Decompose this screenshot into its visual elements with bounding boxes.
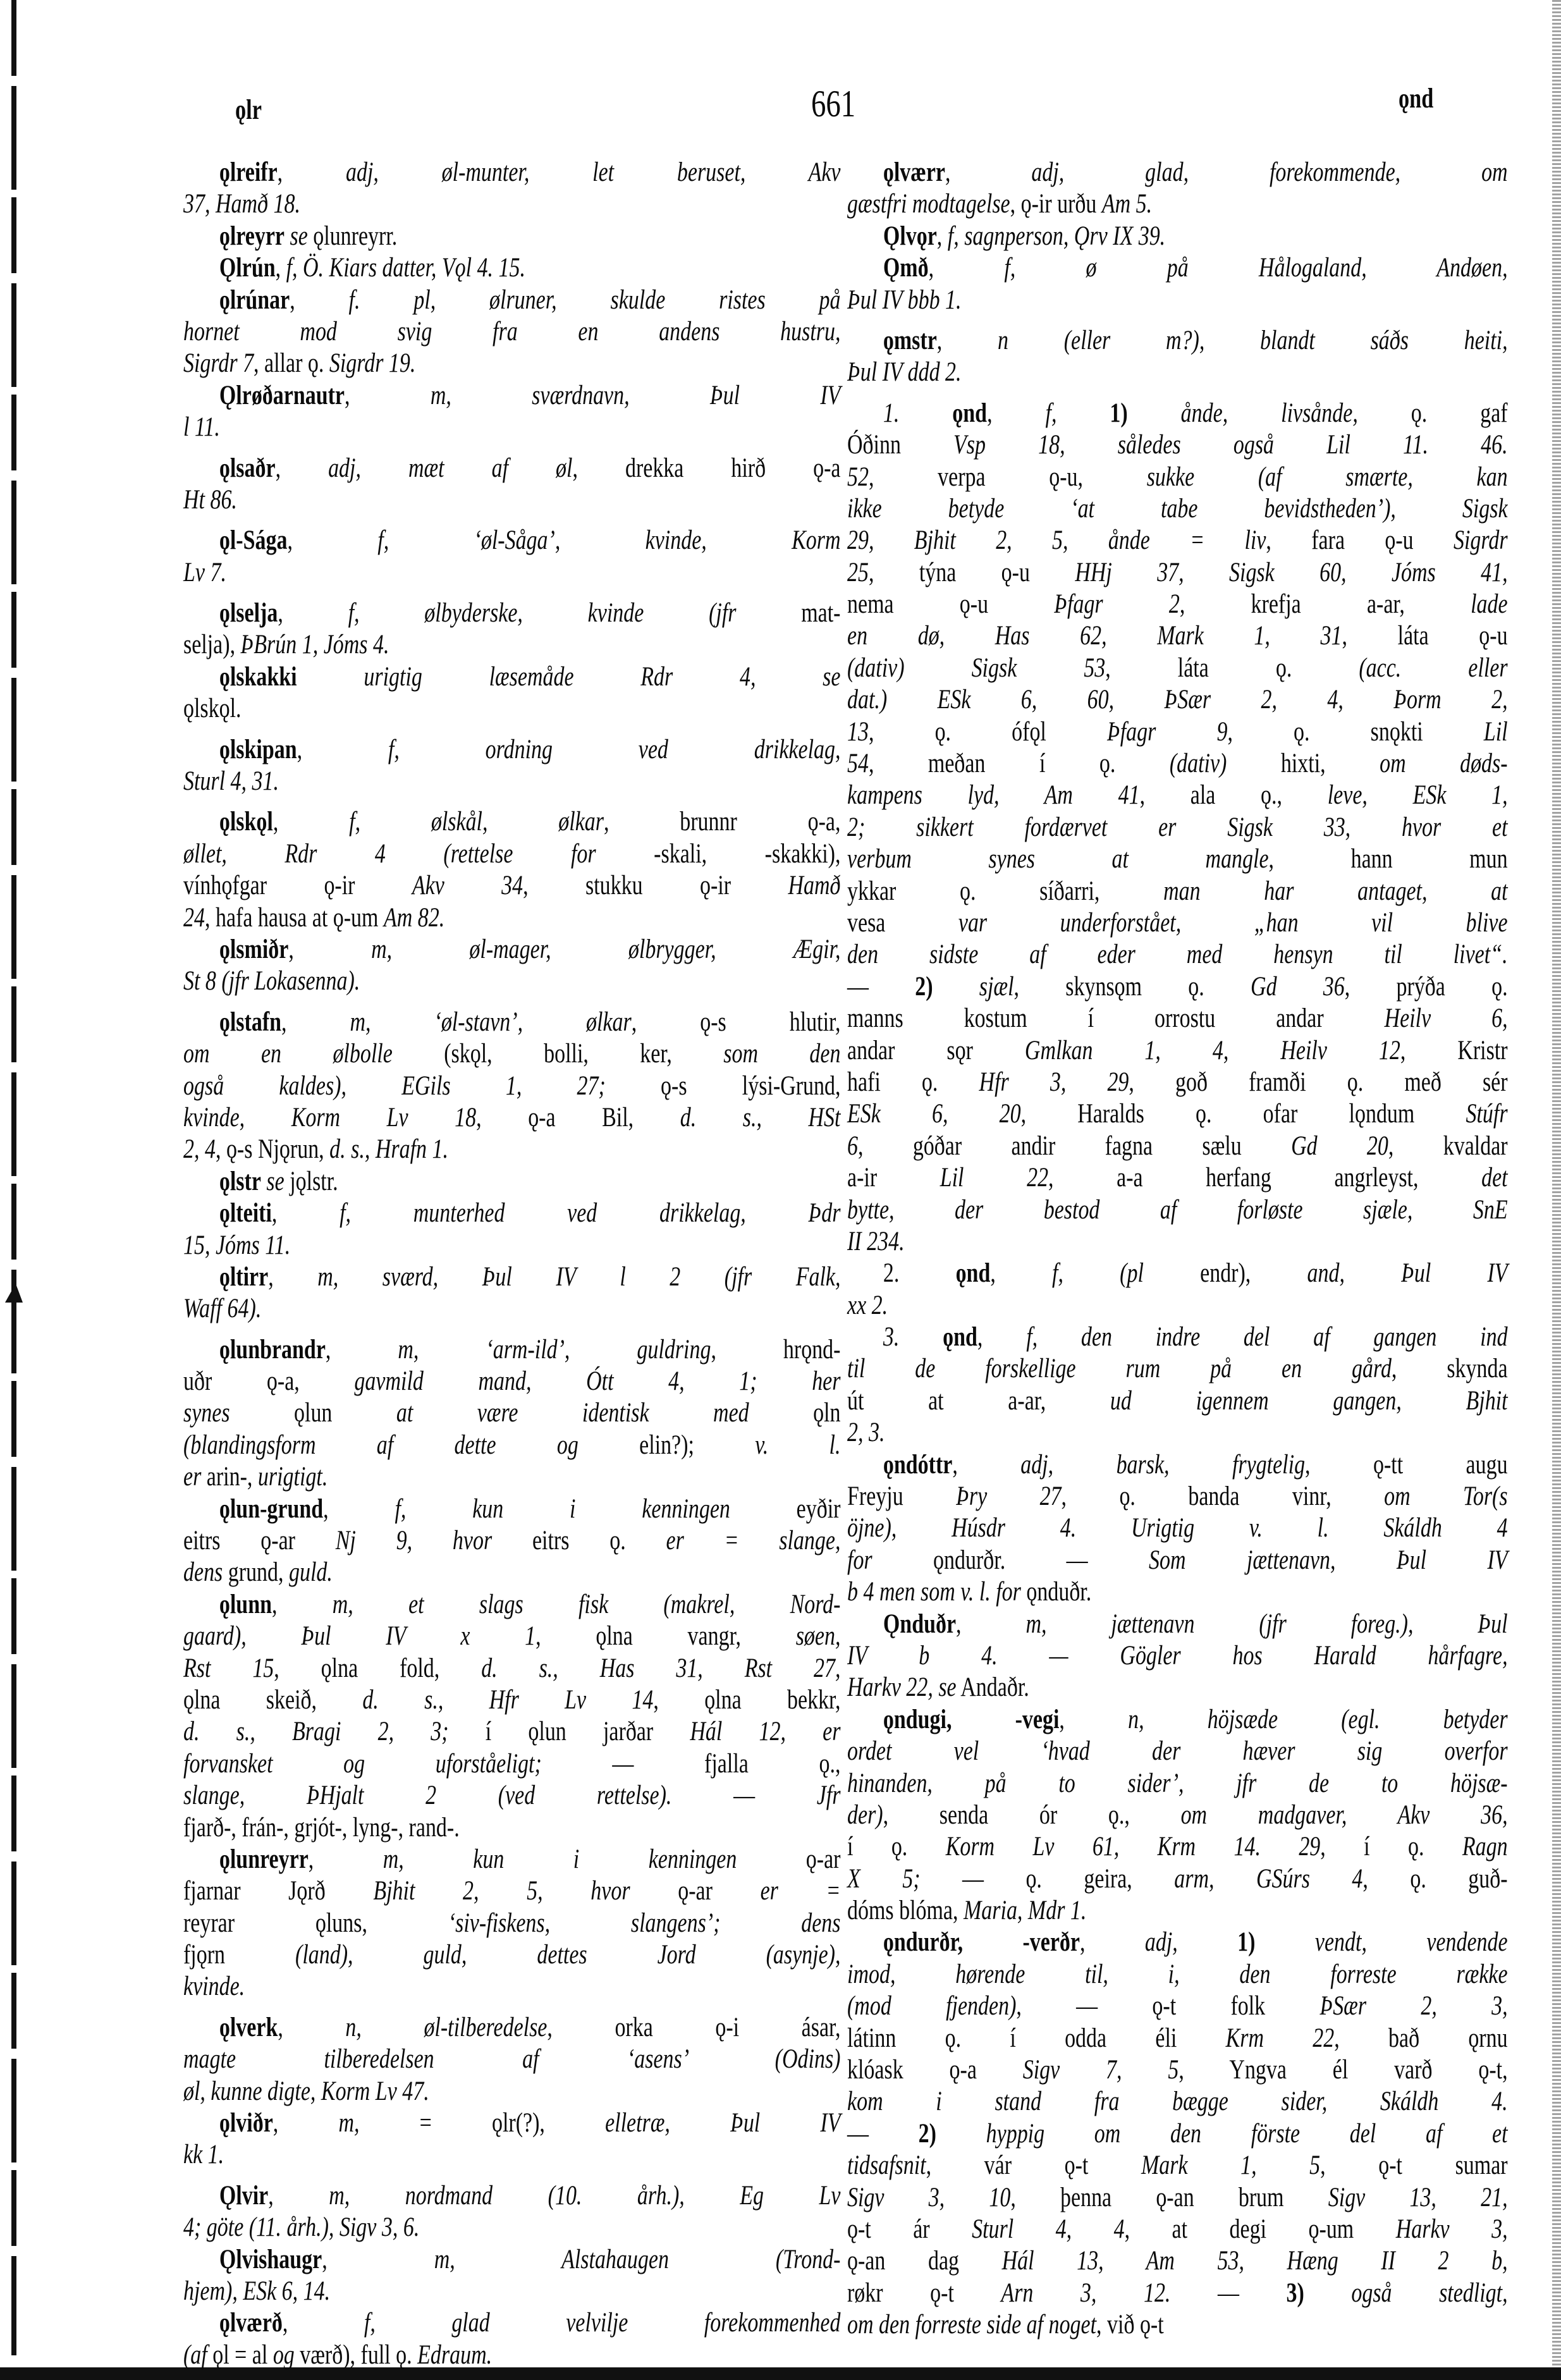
headword: ǫlsaðr — [219, 453, 276, 483]
italic-gloss: som den — [723, 1039, 840, 1069]
italic-gloss: Gd 36 — [1251, 972, 1345, 1002]
roman-text — [261, 1167, 266, 1196]
dictionary-entry: ǫlreyrr se ǫlunreyrr. — [183, 221, 840, 252]
entry-continuation-line: om en ølbolle (skǫl, bolli, ker, som den — [183, 1038, 840, 1070]
roman-text: út at a-ar, — [847, 1386, 1110, 1416]
italic-gloss: Hál 12, er — [690, 1717, 840, 1746]
italic-gloss: kvinde. — [183, 1972, 245, 2001]
headword: Ǫlvǫr — [883, 221, 937, 251]
headword: ǫlstr — [219, 1167, 261, 1196]
headword: Ǫnduðr — [883, 1609, 956, 1639]
headword: ǫlselja — [219, 598, 278, 628]
entry-first-line: ǫlreyrr se ǫlunreyrr. — [183, 221, 840, 252]
roman-text: , meðan í ǫ. — [869, 749, 1170, 778]
roman-text: dóms blóma, — [847, 1896, 964, 1925]
entry-continuation-line: selja), ÞBrún 1, Jóms 4. — [183, 629, 840, 661]
roman-text: eitrs ǫ-ar — [183, 1526, 336, 1555]
dictionary-entry: ǫmstr, n (eller m?), blandt sáðs heiti,Þ… — [847, 325, 1508, 389]
italic-gloss: bytte, der bestod af forløste sjæle, SnE — [847, 1195, 1508, 1225]
dictionary-entry: ǫlunbrandr, m, ‘arm-ild’, guldring, hrǫn… — [183, 1334, 840, 1494]
dictionary-entry: ǫlrúnar, f. pl, ølruner, skulde ristes p… — [183, 285, 840, 380]
italic-gloss: Arn 3, 12. — [1001, 2278, 1170, 2308]
italic-gloss: Ragn — [1462, 1832, 1508, 1862]
entry-continuation-line: Ht 86. — [183, 484, 840, 516]
italic-gloss: 29, Bjhit 2, 5, ånde = liv — [847, 525, 1266, 555]
entry-continuation-line: 52, verpa ǫ-u, sukke (af smærte, kan — [847, 462, 1508, 493]
roman-text: ykkar ǫ. síðarri, — [847, 876, 1163, 906]
entry-continuation-line: klóask ǫ-a Sigv 7, 5, Yngva él varð ǫ-t, — [847, 2054, 1508, 2086]
entry-continuation-line: kom i stand fra bægge sider, Skáldh 4. — [847, 2086, 1508, 2118]
headword: ǫlunn — [219, 1590, 272, 1619]
roman-text: — fjalla ǫ., — [542, 1749, 841, 1779]
headword: ǫlskipan — [219, 735, 297, 764]
italic-gloss: d. s., Has 31, Rst 27, — [481, 1653, 840, 1683]
italic-gloss: tidsafsnit — [847, 2150, 926, 2180]
italic-gloss: for — [847, 1545, 872, 1575]
headword: ǫlrúnar — [219, 285, 290, 315]
italic-gloss: (blandingsform af dette og — [183, 1430, 578, 1460]
italic-gloss: Waff 64). — [183, 1294, 261, 1323]
italic-gloss: 3. — [883, 1322, 943, 1352]
italic-gloss: m, et slags fisk (makrel, Nord- — [333, 1590, 841, 1619]
italic-gloss: ‘siv-fiskens, slangens’; dens — [448, 1908, 841, 1938]
headword: ǫltirr — [219, 1262, 268, 1292]
roman-text: , — [309, 1844, 383, 1874]
dictionary-entry: Ǫlvǫr, f, sagnperson, Ǫrv IX 39. — [847, 221, 1508, 252]
italic-gloss: synes — [183, 1398, 230, 1428]
italic-gloss: ÞBrún 1, Jóms 4. — [241, 630, 389, 659]
italic-gloss: om en ølbolle — [183, 1039, 393, 1069]
headword: Ǫlvir — [219, 2181, 268, 2211]
entry-first-line: ǫndurðr, -verðr, adj, 1) vendt, vendende — [847, 1927, 1508, 1958]
italic-gloss: Sigv 3, 10 — [847, 2183, 1010, 2212]
italic-gloss: gaard), Þul IV x 1 — [183, 1621, 536, 1651]
dictionary-entry: Ǫmð, f, ø på Hålogaland, Andøen,Þul IV b… — [847, 252, 1508, 316]
italic-gloss: Þul IV ddd 2. — [847, 357, 962, 387]
entry-continuation-line: fjarð-, frán-, grjót-, lyng-, rand-. — [183, 1812, 840, 1844]
italic-gloss: 15, Jóms 11. — [183, 1230, 290, 1260]
roman-text: í ǫlun jarðar — [449, 1717, 690, 1746]
italic-gloss: 37, Hamð 18. — [183, 189, 300, 219]
italic-gloss: magte tilberedelsen af ‘asens’ (Odins) — [183, 2044, 840, 2074]
entry-continuation-line: imod, hørende til, i, den forreste række — [847, 1959, 1508, 1990]
italic-gloss: f, (pl — [1052, 1258, 1144, 1288]
italic-gloss: var underforstået, „han vil blive — [958, 908, 1508, 938]
entry-first-line: ǫlværð, f, glad velvilje forekommenhed — [183, 2307, 840, 2339]
entry-continuation-line: forvansket og uforståeligt; — fjalla ǫ., — [183, 1748, 840, 1780]
headword: 2) — [919, 2119, 986, 2149]
italic-gloss: St 8 (jfr Lokasenna). — [183, 966, 360, 996]
italic-gloss: hyppig om den förste del af et — [986, 2119, 1508, 2149]
roman-text: — — [847, 2119, 919, 2149]
roman-text: — ǫ. geira, — [921, 1864, 1175, 1894]
roman-text: , — [272, 1198, 340, 1228]
roman-text: endr), — [1144, 1258, 1307, 1288]
entry-continuation-line: 4; göte (11. årh.), Sigv 3, 6. — [183, 2212, 840, 2243]
italic-gloss: f, Ö. Kiars datter, Vǫl 4. 15. — [286, 253, 525, 283]
roman-text: , orka ǫ-i ásar, — [547, 2013, 840, 2042]
entry-spacing — [183, 998, 840, 1007]
italic-gloss: Som jættenavn, Þul IV — [1149, 1545, 1508, 1575]
entry-first-line: ǫmstr, n (eller m?), blandt sáðs heiti, — [847, 325, 1508, 357]
roman-text: reyrar ǫluns, — [183, 1908, 448, 1938]
italic-gloss: f, ø på Hålogaland, Andøen, — [1004, 253, 1507, 283]
entry-continuation-line: dens grund, guld. — [183, 1557, 840, 1588]
italic-gloss: adj, barsk, frygtelig — [1020, 1450, 1305, 1480]
entry-first-line: ǫlskakki urigtig læsemåde Rdr 4, se — [183, 661, 840, 693]
entry-continuation-line: 24, hafa hausa at ǫ-um Am 82. — [183, 902, 840, 934]
italic-gloss: (dativ) — [1170, 749, 1227, 778]
roman-text: (skǫl, bolli, ker, — [393, 1039, 723, 1069]
roman-text: , — [977, 1322, 1026, 1352]
entry-continuation-line: den sidste af eder med hensyn til livet“… — [847, 939, 1508, 971]
column-right: ǫlværr, adj, glad, forekommende, omgæstf… — [847, 157, 1495, 2341]
roman-text: , — [290, 285, 348, 315]
headword: ǫlværð — [219, 2308, 283, 2338]
roman-text: — — [847, 972, 915, 1002]
italic-gloss: Hamð — [788, 871, 840, 900]
roman-text: látinn ǫ. í odda éli — [847, 2023, 1226, 2053]
roman-text: , krefja a-ar, — [1180, 589, 1471, 619]
italic-gloss: Lv 7. — [183, 558, 226, 587]
roman-text: , — [276, 253, 286, 283]
entry-continuation-line: ESk 6, 20, Haralds ǫ. ofar lǫndum Stúfr — [847, 1098, 1508, 1130]
roman-text: ǫlunreyrr. — [308, 221, 398, 251]
dictionary-entry: 2. ǫnd, f, (pl endr), and, Þul IVxx 2. — [847, 1258, 1508, 1322]
italic-gloss: urigtigt. — [258, 1462, 328, 1492]
italic-gloss: d. s., HSt — [680, 1103, 841, 1132]
entry-first-line: 2. ǫnd, f, (pl endr), and, Þul IV — [847, 1258, 1508, 1289]
entry-continuation-line: eitrs ǫ-ar Nj 9, hvor eitrs ǫ. er = slan… — [183, 1525, 840, 1557]
italic-gloss: kom i stand fra bægge sider, Skáldh 4. — [847, 2087, 1508, 2116]
scan-right-edge — [1552, 0, 1561, 2380]
italic-gloss: også stedligt, — [1351, 2278, 1507, 2308]
roman-text: , við ǫ-t — [1096, 2310, 1164, 2340]
italic-gloss: guld. — [289, 1557, 333, 1587]
dictionary-entry: 1. ǫnd, f, 1) ånde, livsånde, ǫ. gafÓðin… — [847, 398, 1508, 1258]
italic-gloss: d. s., Hrafn 1. — [329, 1134, 448, 1164]
entry-continuation-line: ǫlna skeið, d. s., Hfr Lv 14, ǫlna bekkr… — [183, 1684, 840, 1716]
italic-gloss: Harkv 3, — [1396, 2214, 1508, 2244]
dictionary-entry: ǫlteiti, f, munterhed ved drikkelag, Þdr… — [183, 1198, 840, 1261]
dictionary-entry: ǫlskipan, f, ordning ved drikkelag,Sturl… — [183, 734, 840, 798]
roman-text: , — [268, 1262, 317, 1292]
entry-continuation-line: fjǫrn (land), guld, dettes Jord (asynje)… — [183, 1939, 840, 1971]
italic-gloss: n, höjsæde (egl. betyder — [1128, 1705, 1507, 1734]
dictionary-entry: ǫl-Sága, f, ‘øl-Såga’, kvinde, KormLv 7. — [183, 525, 840, 589]
italic-gloss: dens — [183, 1557, 223, 1587]
italic-gloss: om døds- — [1380, 749, 1507, 778]
roman-text: , — [945, 157, 1031, 187]
dictionary-entry: ǫlunn, m, et slags fisk (makrel, Nord-ga… — [183, 1589, 840, 1844]
entry-continuation-line: nema ǫ-u Þfagr 2, krefja a-ar, lade — [847, 589, 1508, 620]
roman-text: , — [278, 598, 348, 628]
roman-text: ǫlna skeið, — [183, 1685, 362, 1715]
entry-spacing — [183, 1325, 840, 1334]
entry-continuation-line: Óðinn Vsp 18, således også Lil 11. 46. — [847, 429, 1508, 461]
headword: ǫl-Sága — [219, 525, 288, 555]
headword: ǫndóttr — [883, 1450, 952, 1480]
italic-gloss: f, glad velvilje forekommenhed — [364, 2308, 841, 2338]
roman-text: ǫ-s lýsi-Grund, — [606, 1071, 841, 1101]
entry-continuation-line: 25, týna ǫ-u HHj 37, Sigsk 60, Jóms 41, — [847, 557, 1508, 589]
entry-continuation-line: (af ǫl = al og værð), full ǫ. Edraum. — [183, 2340, 840, 2371]
roman-text: nema ǫ-u — [847, 589, 1054, 619]
italic-gloss: verbum synes at mangle — [847, 844, 1269, 874]
italic-gloss: Mark 1, 5 — [1141, 2150, 1320, 2180]
entry-continuation-line: en dø, Has 62, Mark 1, 31, láta ǫ-u — [847, 620, 1508, 652]
italic-gloss: Sigv 7, 5 — [1023, 2055, 1179, 2085]
entry-first-line: 1. ǫnd, f, 1) ånde, livsånde, ǫ. gaf — [847, 398, 1508, 429]
dictionary-entry: Ǫlvishaugr, m, Alstahaugen (Trond-hjem),… — [183, 2244, 840, 2308]
dictionary-entry: 3. ǫnd, f, den indre del af gangen indti… — [847, 1322, 1508, 1449]
roman-text: , góðar andir fagna sælu — [858, 1131, 1291, 1161]
italic-gloss: adj, — [1145, 1927, 1178, 1957]
roman-text: , ǫ-a Bil, — [476, 1103, 680, 1132]
headword: Ǫmð — [883, 253, 929, 283]
italic-gloss: n, øl-tilberedelse — [345, 2013, 547, 2042]
roman-text: , ǫ-ir urðu — [1010, 189, 1102, 219]
roman-text: , í ǫ. — [1320, 1832, 1462, 1862]
roman-text: , — [1080, 1927, 1145, 1957]
entry-first-line: ǫlreifr, adj, øl-munter, let beruset, Ak… — [183, 157, 840, 188]
italic-gloss: om den forreste side af noget — [847, 2310, 1096, 2340]
roman-text: , — [287, 525, 377, 555]
entry-continuation-line: 13, ǫ. ófǫl Þfagr 9, ǫ. snǫkti Lil — [847, 716, 1508, 748]
entry-continuation-line: Sigv 3, 10, þenna ǫ-an brum Sigv 13, 21, — [847, 2182, 1508, 2214]
italic-gloss: sjæl — [979, 972, 1014, 1002]
column-left: ǫlreifr, adj, øl-munter, let beruset, Ak… — [183, 157, 828, 2371]
italic-gloss: Stúfr — [1466, 1099, 1508, 1129]
roman-text: , ǫ. guð- — [1362, 1864, 1507, 1894]
italic-gloss: Hál 13, Am 53, Hæng II 2 b, — [1002, 2246, 1508, 2276]
entry-continuation-line: om den forreste side af noget, við ǫ-t — [847, 2309, 1508, 2341]
roman-text: í ǫ. — [847, 1832, 946, 1862]
entry-spacing — [183, 725, 840, 734]
headword: ǫlreyrr — [219, 221, 285, 251]
entry-continuation-line: verbum synes at mangle, hann mun — [847, 843, 1508, 875]
italic-gloss: 13 — [847, 717, 869, 747]
entry-continuation-line: hafi ǫ. Hfr 3, 29, goð framði ǫ. með sér — [847, 1067, 1508, 1098]
italic-gloss: Heilv 6, — [1385, 1003, 1508, 1033]
dictionary-entry: ǫltirr, m, sværd, Þul IV l 2 (jfr Falk,W… — [183, 1261, 840, 1325]
dictionary-entry: ǫlviðr, m, = ǫlr(?), elletræ, Þul IVkk 1… — [183, 2107, 840, 2171]
entry-continuation-line: IV b 4. — Gögler hos Harald hårfagre, — [847, 1640, 1508, 1672]
italic-gloss: (acc. eller — [1359, 653, 1507, 683]
roman-text: , a-a herfang angrleyst, — [1048, 1163, 1481, 1193]
roman-text: ǫ-t ár — [847, 2214, 972, 2244]
italic-gloss: Edraum. — [417, 2340, 492, 2370]
italic-gloss: m, nordmand (10. årh.), Eg Lv — [329, 2181, 840, 2211]
entry-continuation-line: ordet vel ‘hvad der hæver sig overfor — [847, 1736, 1508, 1767]
italic-gloss: f, ølbyderske, kvinde (jfr — [348, 598, 737, 628]
roman-text: , — [345, 381, 431, 410]
entry-continuation-line: 2, 4, ǫ-s Njǫrun, d. s., Hrafn 1. — [183, 1134, 840, 1165]
dictionary-entry: ǫlværð, f, glad velvilje forekommenhed(a… — [183, 2307, 840, 2371]
roman-text: , — [322, 2245, 434, 2274]
italic-gloss: imod, hørende til, i, den forreste række — [847, 1960, 1508, 1989]
roman-text: , ǫ-s Njǫrun, — [216, 1134, 329, 1164]
italic-gloss: v. l. — [755, 1430, 840, 1460]
entry-continuation-line: vínhǫfgar ǫ-ir Akv 34, stukku ǫ-ir Hamð — [183, 870, 840, 902]
italic-gloss: (land), guld, dettes Jord (asynje), — [295, 1940, 840, 1970]
entry-continuation-line: a-ir Lil 22, a-a herfang angrleyst, det — [847, 1162, 1508, 1194]
italic-gloss: gavmild mand, Ótt 4, 1; her — [354, 1366, 840, 1396]
roman-text — [285, 221, 290, 251]
italic-gloss: øllet, Rdr 4 (rettelse for — [183, 839, 596, 869]
roman-text: , ala ǫ., — [1140, 780, 1328, 810]
roman-text: , Haralds ǫ. ofar lǫndum — [1021, 1099, 1466, 1129]
italic-gloss: om madgaver, Akv 36, — [1181, 1800, 1508, 1830]
page-number: 661 — [811, 82, 855, 126]
entry-first-line: ǫlskipan, f, ordning ved drikkelag, — [183, 734, 840, 766]
italic-gloss: 25 — [847, 558, 869, 587]
roman-text: = ǫlr(?), — [359, 2108, 605, 2138]
roman-text: — — [671, 1781, 816, 1810]
entry-continuation-line: (mod fjenden), — ǫ-t folk ÞSær 2, 3, — [847, 1990, 1508, 2022]
italic-gloss: ÞSær 2, 3, — [1319, 1991, 1507, 2021]
italic-gloss: kvinde, Korm Lv 18 — [183, 1103, 476, 1132]
dictionary-entry: Ǫlrún, f, Ö. Kiars datter, Vǫl 4. 15. — [183, 252, 840, 284]
italic-gloss: kampens lyd, Am 41 — [847, 780, 1140, 810]
entry-first-line: ǫlskǫl, f, ølskål, ølkar, brunnr ǫ-a, — [183, 806, 840, 838]
roman-text: fjarð-, frán-, grjót-, lyng-, rand-. — [183, 1813, 460, 1843]
roman-text: , ǫlna vangr, — [536, 1621, 796, 1651]
entry-continuation-line: Þul IV ddd 2. — [847, 357, 1508, 388]
entry-continuation-line: Waff 64). — [183, 1293, 840, 1325]
roman-text: , — [283, 2308, 364, 2338]
entry-spacing — [183, 589, 840, 598]
roman-text: andar sǫr — [847, 1036, 1025, 1065]
roman-text: ǫndurðr. — — [872, 1545, 1149, 1575]
headword: Ǫlrún — [219, 253, 276, 283]
headword: ǫlun-grund — [219, 1494, 323, 1524]
italic-gloss: Korm Lv 61, Krm 14. 29 — [946, 1832, 1321, 1862]
italic-gloss: Maria, Mdr 1. — [964, 1896, 1086, 1925]
italic-gloss: 24 — [183, 903, 205, 933]
roman-text: , hrǫnd- — [711, 1335, 840, 1365]
dictionary-entry: ǫlstafn, m, ‘øl-stavn’, ølkar, ǫ-s hluti… — [183, 1007, 840, 1166]
roman-text: Freyju — [847, 1481, 956, 1511]
entry-continuation-line: synes ǫlun at være identisk med ǫln — [183, 1397, 840, 1429]
italic-gloss: Gd 20 — [1291, 1131, 1388, 1161]
roman-text: a-ir — [847, 1163, 940, 1193]
entry-continuation-line: magte tilberedelsen af ‘asens’ (Odins) — [183, 2044, 840, 2075]
entry-first-line: Ǫlvishaugr, m, Alstahaugen (Trond- — [183, 2244, 840, 2276]
roman-text: , at degi ǫ-um — [1125, 2214, 1396, 2244]
italic-gloss: 4; göte (11. årh.), Sigv 3, 6. — [183, 2212, 419, 2242]
italic-gloss: f, ølskål, ølkar — [349, 807, 604, 837]
italic-gloss: adj, mæt af øl — [328, 453, 572, 483]
roman-text: , — [990, 1258, 1052, 1288]
italic-gloss: Harkv 22, se — [847, 1672, 957, 1702]
dictionary-entry: ǫlskakki urigtig læsemåde Rdr 4, seǫlskǫ… — [183, 661, 840, 725]
roman-text: , hafa hausa at ǫ-um — [205, 903, 384, 933]
roman-text: ǫ. gaf — [1358, 398, 1508, 428]
italic-gloss: søen, — [796, 1621, 841, 1651]
entry-spacing — [847, 316, 1508, 325]
entry-continuation-line: Lv 7. — [183, 557, 840, 589]
roman-text: , hann mun — [1269, 844, 1508, 874]
italic-gloss: til de forskellige rum på en gård — [847, 1354, 1392, 1383]
entry-continuation-line: Rst 15, ǫlna fold, d. s., Has 31, Rst 27… — [183, 1653, 840, 1684]
entry-continuation-line: 2; sikkert fordærvet er Sigsk 33, hvor e… — [847, 812, 1508, 843]
scan-binding-edge — [11, 0, 16, 2355]
italic-gloss: se — [290, 221, 307, 251]
roman-text: , skynda — [1392, 1354, 1508, 1383]
italic-gloss: Am 5. — [1102, 189, 1152, 219]
italic-gloss: 52 — [847, 462, 869, 492]
entry-continuation-line: b 4 men som v. l. for ǫnduðr. — [847, 1576, 1508, 1608]
roman-text: , drekka hirð ǫ-a — [572, 453, 840, 483]
italic-gloss: Bjhit 2, 5, hvor — [373, 1876, 630, 1906]
italic-gloss: II 234. — [847, 1227, 905, 1256]
entry-first-line: Ǫlrún, f, Ö. Kiars datter, Vǫl 4. 15. — [183, 252, 840, 284]
entry-continuation-line: dóms blóma, Maria, Mdr 1. — [847, 1895, 1508, 1927]
italic-gloss: dat.) ESk 6, 60, ÞSær 2, 4, Þorm 2, — [847, 685, 1508, 715]
italic-gloss: slange, ÞHjalt 2 (ved rettelse). — [183, 1781, 671, 1810]
italic-gloss: Am 82. — [384, 903, 444, 933]
roman-text: , þenna ǫ-an brum — [1010, 2183, 1328, 2212]
entry-first-line: ǫlun-grund, f, kun i kenningen eyðir — [183, 1494, 840, 1525]
entry-first-line: Ǫlvǫr, f, sagnperson, Ǫrv IX 39. — [847, 221, 1508, 252]
entry-continuation-line: 37, Hamð 18. — [183, 188, 840, 220]
entry-continuation-line: for ǫndurðr. — Som jættenavn, Þul IV — [847, 1545, 1508, 1576]
italic-gloss: hornet mod svig fra en andens hustru, — [183, 317, 840, 347]
entry-first-line: Ǫnduðr, m, jættenavn (jfr foreg.), Þul — [847, 1609, 1508, 1640]
italic-gloss: Nj 9, hvor — [336, 1526, 492, 1555]
italic-gloss: leve, ESk 1, — [1328, 780, 1508, 810]
entry-continuation-line: ǫ-t ár Sturl 4, 4, at degi ǫ-um Harkv 3, — [847, 2214, 1508, 2245]
roman-text: , Yngva él varð ǫ-t, — [1178, 2055, 1507, 2085]
entry-continuation-line: røkr ǫ-t Arn 3, 12. — 3) også stedligt, — [847, 2278, 1508, 2309]
entry-continuation-line: gæstfri modtagelse, ǫ-ir urðu Am 5. — [847, 188, 1508, 220]
headword: ǫlskǫl — [219, 807, 273, 837]
headword: ǫndugi, -vegi — [883, 1705, 1060, 1734]
italic-gloss: Sturl 4, 31. — [183, 766, 279, 796]
roman-text: , — [276, 453, 328, 483]
roman-text: , ǫ. snǫkti — [1227, 717, 1483, 747]
italic-gloss: (mod fjenden) — [847, 1991, 1016, 2021]
italic-gloss: Lil 22 — [940, 1163, 1048, 1193]
roman-text: , skynsǫm ǫ. — [1014, 972, 1251, 1002]
entry-continuation-line: kvinde, Korm Lv 18, ǫ-a Bil, d. s., HSt — [183, 1102, 840, 1134]
entry-continuation-line: ikke betyde ‘at tabe bevidstheden’), Sig… — [847, 493, 1508, 525]
roman-text: arin-, — [201, 1462, 258, 1492]
entry-first-line: ǫlunbrandr, m, ‘arm-ild’, guldring, hrǫn… — [183, 1334, 840, 1366]
italic-gloss: adj, glad, forekommende, om — [1031, 157, 1507, 187]
dictionary-entry: ǫlstr se jǫlstr. — [183, 1166, 840, 1198]
dictionary-entry: ǫndugi, -vegi, n, höjsæde (egl. betydero… — [847, 1704, 1508, 1927]
entry-continuation-line: (blandingsform af dette og elin?); v. l. — [183, 1430, 840, 1461]
roman-text: , — [273, 2108, 339, 2138]
column-left-body: ǫlreifr, adj, øl-munter, let beruset, Ak… — [183, 157, 840, 2371]
italic-gloss: øl, kunne digte, Korm Lv 47. — [183, 2076, 429, 2106]
italic-gloss: 2, 3. — [847, 1418, 885, 1447]
italic-gloss: Þfagr 2 — [1054, 589, 1180, 619]
italic-gloss: Ht 86. — [183, 485, 237, 515]
entry-continuation-line: Sturl 4, 31. — [183, 766, 840, 797]
italic-gloss: Sigrdr — [1454, 525, 1508, 555]
italic-gloss: HHj 37, Sigsk 60, Jóms 41, — [1075, 558, 1507, 587]
entry-continuation-line: ǫ-an dag Hál 13, Am 53, Hæng II 2 b, — [847, 2245, 1508, 2277]
roman-text: vínhǫfgar ǫ-ir — [183, 871, 412, 900]
entry-first-line: ǫlselja, f, ølbyderske, kvinde (jfr mat- — [183, 598, 840, 629]
italic-gloss: ånde, livsånde, — [1181, 398, 1358, 428]
entry-continuation-line: xx 2. — [847, 1290, 1508, 1322]
italic-gloss: f, den indre del af gangen ind — [1026, 1322, 1507, 1352]
italic-gloss: det — [1481, 1163, 1508, 1193]
